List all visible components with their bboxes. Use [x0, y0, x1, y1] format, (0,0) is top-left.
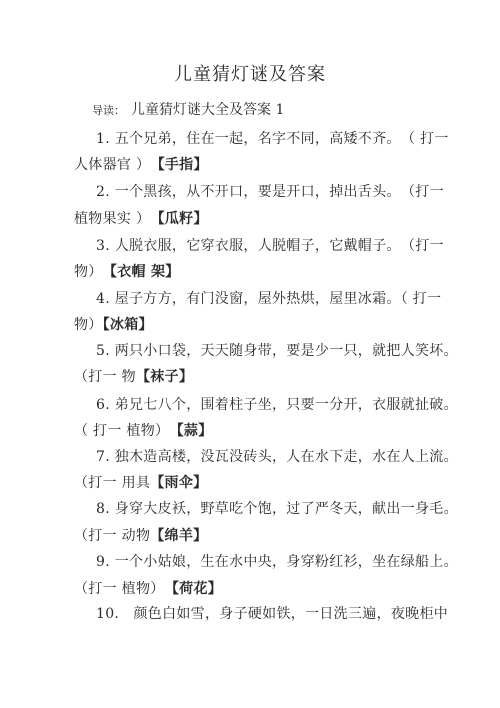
riddle-6-category: （ 打一 植物）: [74, 423, 177, 439]
riddle-8-line-2: （打一 动物【绵羊】: [74, 525, 207, 545]
riddle-5-category: （打一 物: [74, 369, 136, 385]
riddle-8-answer: 【绵羊】: [150, 528, 207, 544]
riddle-3-answer: 【衣帽 架】: [110, 264, 180, 280]
riddle-4-category: 物）: [74, 317, 103, 333]
riddle-2-category: 植物果实 ）: [74, 211, 158, 227]
riddle-5-answer: 【袜子】: [136, 369, 193, 385]
riddle-5-line-2: （打一 物【袜子】: [74, 366, 193, 386]
intro-label: 导读：: [92, 104, 125, 117]
riddle-3-category: 物）: [74, 264, 110, 280]
riddle-6-answer: 【蒜】: [177, 423, 213, 439]
riddle-3-line-1: 3. 人脱衣服，它穿衣服，人脱帽子，它戴帽子。 （打一: [96, 235, 444, 255]
riddle-8-line-1: 8. 身穿大皮袄，野草吃个饱，过了严冬天，献出一身毛。: [96, 498, 458, 518]
riddle-4-answer: 【冰箱】: [103, 317, 153, 333]
intro-line: 导读：儿童猜灯谜大全及答案 1: [92, 99, 284, 119]
riddle-9-line-2: （打一 植物） 【荷花】: [74, 578, 222, 598]
riddle-7-answer: 【雨伞】: [150, 475, 207, 491]
riddle-7-line-1: 7. 独木造高楼，没瓦没砖头，人在水下走，水在人上流。: [96, 446, 458, 466]
riddle-10-line-1: 10. 颜色白如雪，身子硬如铁，一日洗三遍，夜晚柜中: [96, 603, 448, 623]
page-title: 儿童猜灯谜及答案: [0, 60, 500, 86]
riddle-7-line-2: （打一 用具【雨伞】: [74, 472, 207, 492]
riddle-2-answer: 【瓜籽】: [158, 211, 208, 227]
riddle-3-line-2: 物） 【衣帽 架】: [74, 261, 180, 281]
document-page: 儿童猜灯谜及答案 导读：儿童猜灯谜大全及答案 1 1. 五个兄弟，住在一起，名字…: [0, 0, 500, 708]
riddle-1-answer: 【手指】: [158, 157, 208, 173]
intro-text: 儿童猜灯谜大全及答案 1: [131, 102, 284, 118]
riddle-4-line-2: 物）【冰箱】: [74, 314, 153, 334]
riddle-6-line-1: 6. 弟兄七八个，围着柱子坐，只要一分开，衣服就扯破。: [96, 394, 458, 414]
riddle-7-category: （打一 用具: [74, 475, 150, 491]
riddle-9-answer: 【荷花】: [172, 581, 222, 597]
riddle-9-line-1: 9. 一个小姑娘，生在水中央，身穿粉红衫，坐在绿船上。: [96, 551, 458, 571]
riddle-1-category: 人体器官 ）: [74, 157, 158, 173]
riddle-1-line-2: 人体器官 ） 【手指】: [74, 154, 208, 174]
riddle-2-line-2: 植物果实 ） 【瓜籽】: [74, 208, 208, 228]
riddle-5-line-1: 5. 两只小口袋，天天随身带，要是少一只，就把人笑坏。: [96, 340, 458, 360]
riddle-6-line-2: （ 打一 植物） 【蒜】: [74, 420, 213, 440]
riddle-4-line-1: 4. 屋子方方，有门没窗，屋外热烘，屋里冰霜。（ 打一: [96, 288, 441, 308]
riddle-2-line-1: 2. 一个黑孩，从不开口，要是开口，掉出舌头。 （打一: [96, 181, 444, 201]
riddle-9-category: （打一 植物）: [74, 581, 172, 597]
riddle-8-category: （打一 动物: [74, 528, 150, 544]
riddle-1-line-1: 1. 五个兄弟，住在一起，名字不同，高矮不齐。 （ 打一: [96, 128, 449, 148]
